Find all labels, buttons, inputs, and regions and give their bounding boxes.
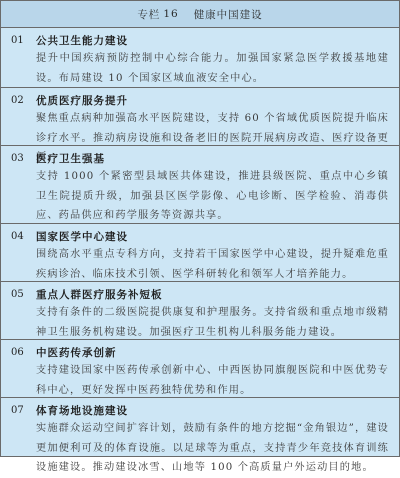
section-body: 支持 1000 个紧密型县域医共体建设，推进县级医院、重点中心乡镇卫生院提质升级… (11, 167, 389, 226)
section-05: 05 重点人群医疗服务补短板 支持有条件的二级医院提供康复和护理服务。支持省级和… (1, 282, 399, 340)
section-body: 围绕高水平重点专科方向，支持若干国家医学中心建设，提升疑难危重疾病诊治、临床技术… (11, 245, 389, 284)
section-title: 公共卫生能力建设 (36, 33, 128, 48)
section-body: 实施群众运动空间扩容计划，鼓励有条件的地方挖掘“金角银边”，建设更加便利可及的体… (11, 419, 389, 457)
header-title: 健康中国建设 (194, 7, 263, 22)
section-number: 02 (11, 95, 36, 106)
feature-box: 专栏 16 健康中国建设 01 公共卫生能力建设 提升中国疾病预防控制中心综合能… (0, 0, 400, 457)
section-06: 06 中医药传承创新 支持建设国家中医药传承创新中心、中西医协同旗舰医院和中医优… (1, 340, 399, 398)
section-body: 支持建设国家中医药传承创新中心、中西医协同旗舰医院和中医优势专科中心，更好发挥中… (11, 361, 389, 400)
box-header: 专栏 16 健康中国建设 (1, 1, 399, 28)
section-02: 02 优质医疗服务提升 聚焦重点病种加强高水平医院建设，支持 60 个省域优质医… (1, 88, 399, 146)
header-prefix: 专栏 (137, 7, 160, 22)
section-number: 06 (11, 347, 36, 358)
section-number: 05 (11, 289, 36, 300)
section-title: 体育场地设施建设 (36, 403, 128, 418)
section-title: 中医药传承创新 (36, 345, 117, 360)
section-number: 03 (11, 153, 36, 164)
section-07: 07 体育场地设施建设 实施群众运动空间扩容计划，鼓励有条件的地方挖掘“金角银边… (1, 398, 399, 457)
section-body: 支持有条件的二级医院提供康复和护理服务。支持省级和重点地市级精神卫生服务机构建设… (11, 303, 389, 342)
section-number: 04 (11, 231, 36, 242)
section-title: 医疗卫生强基 (36, 151, 105, 166)
section-04: 04 国家医学中心建设 围绕高水平重点专科方向，支持若干国家医学中心建设，提升疑… (1, 224, 399, 282)
section-body: 提升中国疾病预防控制中心综合能力。加强国家紧急医学救援基地建设。布局建设 10 … (11, 49, 389, 88)
header-number: 16 (163, 8, 178, 20)
section-01: 01 公共卫生能力建设 提升中国疾病预防控制中心综合能力。加强国家紧急医学救援基… (1, 28, 399, 88)
section-03: 03 医疗卫生强基 支持 1000 个紧密型县域医共体建设，推进县级医院、重点中… (1, 146, 399, 224)
section-title: 优质医疗服务提升 (36, 93, 128, 108)
section-title: 国家医学中心建设 (36, 229, 128, 244)
section-number: 07 (11, 405, 36, 416)
section-title: 重点人群医疗服务补短板 (36, 287, 163, 302)
section-number: 01 (11, 35, 36, 46)
